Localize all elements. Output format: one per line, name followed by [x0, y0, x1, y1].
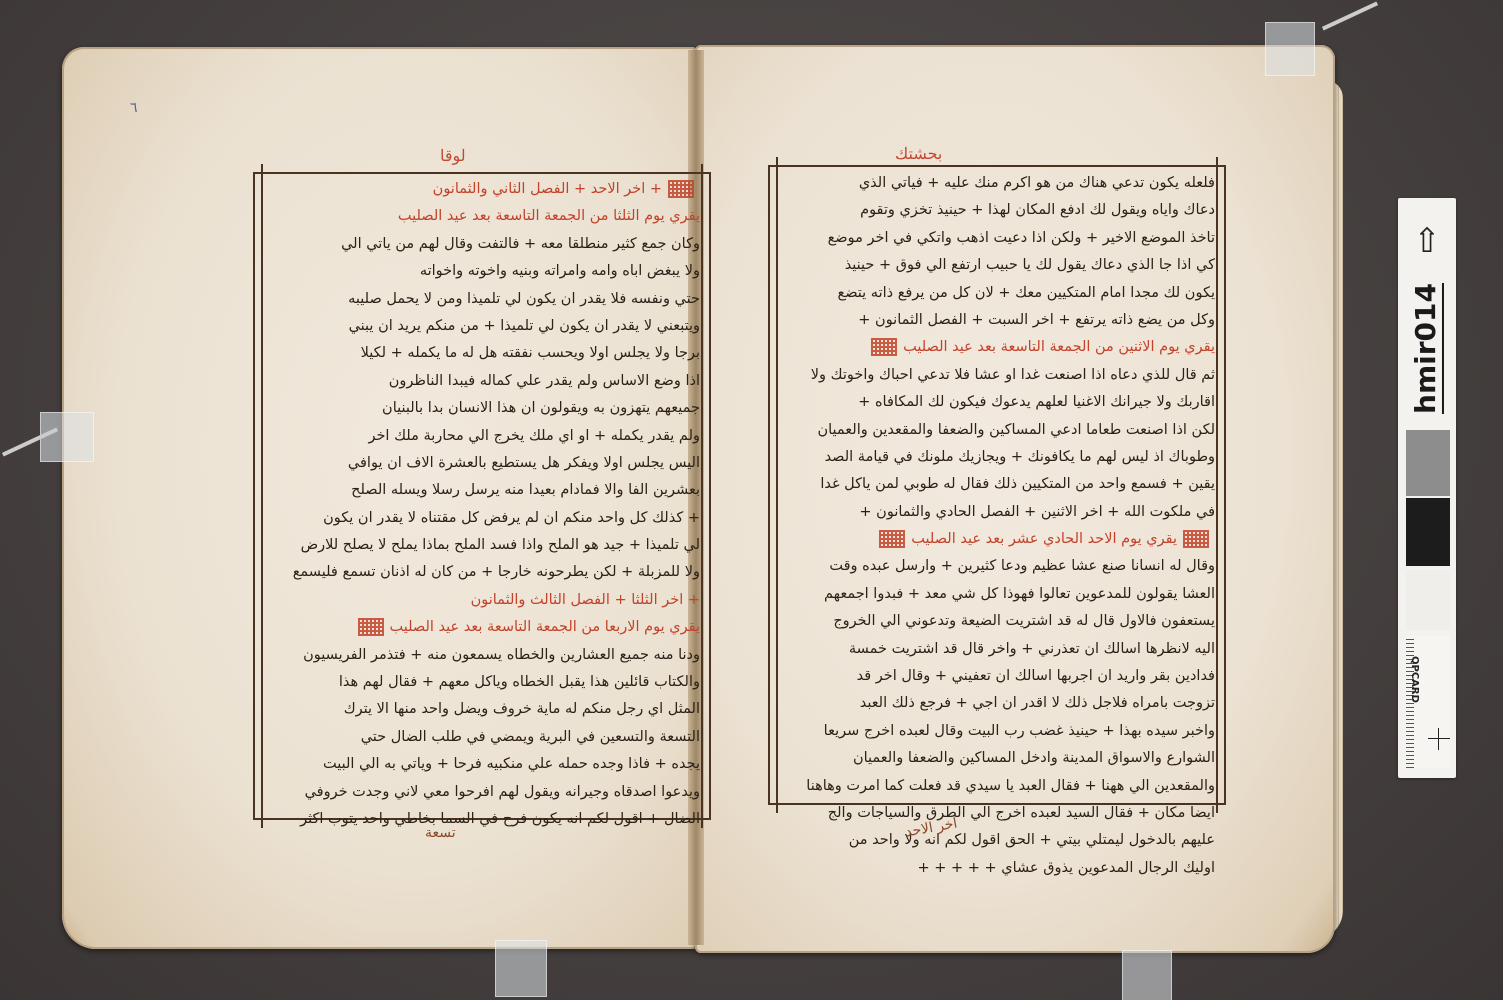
manuscript-line: برجا ولا يجلس اولا ويحسب نفقته هل له ما … [265, 340, 700, 367]
line-text: وقال له انسانا صنع عشا عظيم ودعا كثيرين … [829, 558, 1215, 574]
line-text: تزوجت بامراه فلاجل ذلك لا اقدر ان اجي + … [860, 695, 1215, 711]
line-text: يقري يوم الاحد الحادي عشر بعد عيد الصليب [911, 531, 1177, 547]
line-text: وطوباك اذ ليس لهم ما يكافونك + ويجازيك م… [825, 449, 1215, 465]
line-text: يجده + فاذا وجده حمله علي منكبيه فرحا + … [323, 756, 700, 772]
up-arrow-icon: ⇧ [1406, 220, 1448, 262]
line-text: + اخر الاحد + الفصل الثاني والثمانون [433, 181, 662, 197]
shelfmark-label: hmir014 [1404, 278, 1448, 418]
line-text: لكن اذا اصنعت طعاما ادعي المساكين والضعف… [817, 422, 1215, 438]
manuscript-line: يستعفون فالاول قال له قد اشتريت الضيعة و… [780, 608, 1215, 635]
line-text: ولا يبغض اباه وامه وامراته وبنيه واخوته … [420, 263, 700, 279]
manuscript-line: فدادين بقر واريد ان اجربها اسالك ان تعفي… [780, 663, 1215, 690]
tape-strip [1122, 950, 1172, 1000]
line-text: دعاك واياه ويقول لك ادفع المكان لهذا + ح… [860, 202, 1215, 218]
manuscript-line: + كذلك كل واحد منكم ان لم يرفض كل مقتناه… [265, 505, 700, 532]
line-text: يستعفون فالاول قال له قد اشتريت الضيعة و… [833, 613, 1215, 629]
line-text: يقري يوم الثلثا من الجمعة التاسعة بعد عي… [398, 208, 700, 224]
line-text: ثم قال للذي دعاه اذا اصنعت غدا او عشا فل… [811, 367, 1215, 383]
line-text: في ملكوت الله + اخر الاثنين + الفصل الحا… [859, 504, 1215, 520]
line-text: ويتبعني لا يقدر ان يكون لي تلميذا + من م… [349, 318, 700, 334]
white-swatch [1406, 570, 1450, 630]
line-text: والكتاب قائلين هذا يقبل الخطاه وياكل معه… [339, 674, 700, 690]
folio-pencil-mark: ٦ [130, 100, 138, 116]
right-running-head: بحشتك [895, 144, 942, 163]
black-swatch [1406, 498, 1450, 566]
manuscript-line: اوليك الرجال المدعوين يذوق عشاي + + + + … [780, 855, 1215, 882]
line-text: وكل من يضع ذاته يرتفع + اخر السبت + الفص… [858, 312, 1215, 328]
manuscript-line: يقري يوم الاثنين من الجمعة التاسعة بعد ع… [780, 334, 1215, 361]
manuscript-line: ثم قال للذي دعاه اذا اصنعت غدا او عشا فل… [780, 362, 1215, 389]
manuscript-line: وطوباك اذ ليس لهم ما يكافونك + ويجازيك م… [780, 444, 1215, 471]
manuscript-line: عليهم بالدخول ليمتلي بيتي + الحق اقول لك… [780, 827, 1215, 854]
manuscript-line: يقري يوم الاربعا من الجمعة التاسعة بعد ع… [265, 614, 700, 641]
manuscript-line: اقاربك ولا جيرانك الاغنيا لعلهم يدعوك في… [780, 389, 1215, 416]
manuscript-line: ولا للمزبلة + لكن يطرحونه خارجا + من كان… [265, 559, 700, 586]
manuscript-line: لكن اذا اصنعت طعاما ادعي المساكين والضعف… [780, 417, 1215, 444]
line-text: + اخر الثلثا + الفصل الثالث والثمانون [471, 592, 700, 608]
line-text: برجا ولا يجلس اولا ويحسب نفقته هل له ما … [361, 345, 700, 361]
right-text-block: فلعله يكون تدعي هناك من هو اكرم منك عليه… [780, 170, 1215, 882]
ornament-icon [879, 530, 905, 548]
crosshair-icon [1428, 728, 1450, 750]
ornament-icon [871, 338, 897, 356]
manuscript-line: في ملكوت الله + اخر الاثنين + الفصل الحا… [780, 499, 1215, 526]
manuscript-line: يكون لك مجدا امام المتكيين معك + لان كل … [780, 280, 1215, 307]
line-text: ولا للمزبلة + لكن يطرحونه خارجا + من كان… [293, 564, 700, 580]
manuscript-line: + اخر الثلثا + الفصل الثالث والثمانون [265, 587, 700, 614]
grey-swatch [1406, 430, 1450, 496]
manuscript-line: ولم يقدر يكمله + او اي ملك يخرج الي محار… [265, 423, 700, 450]
line-text: حتي ونفسه فلا يقدر ان يكون لي تلميذا ومن… [348, 291, 700, 307]
line-text: فلعله يكون تدعي هناك من هو اكرم منك عليه… [859, 175, 1215, 191]
line-text: الشوارع والاسواق المدينة وادخل المساكين … [853, 750, 1215, 766]
manuscript-line: فلعله يكون تدعي هناك من هو اكرم منك عليه… [780, 170, 1215, 197]
manuscript-line: الشوارع والاسواق المدينة وادخل المساكين … [780, 745, 1215, 772]
ornament-icon [668, 180, 694, 198]
manuscript-line: ودنا منه جميع العشارين والخطاه يسمعون من… [265, 642, 700, 669]
line-text: الضال + اقول لكم انه يكون فرح في السما ب… [300, 811, 700, 827]
line-text: ويدعوا اصدقاه وجيرانه ويقول لهم افرحوا م… [305, 784, 700, 800]
line-text: عليهم بالدخول ليمتلي بيتي + الحق اقول لك… [849, 832, 1215, 848]
manuscript-line: والكتاب قائلين هذا يقبل الخطاه وياكل معه… [265, 669, 700, 696]
manuscript-line: ويتبعني لا يقدر ان يكون لي تلميذا + من م… [265, 313, 700, 340]
tape-strip [1265, 22, 1315, 76]
manuscript-line: ويدعوا اصدقاه وجيرانه ويقول لهم افرحوا م… [265, 779, 700, 806]
manuscript-line: + اخر الاحد + الفصل الثاني والثمانون [265, 176, 700, 203]
manuscript-line: العشا يقولون للمدعوين تعالوا فهوذا كل شي… [780, 581, 1215, 608]
line-text: العشا يقولون للمدعوين تعالوا فهوذا كل شي… [824, 586, 1215, 602]
color-target-card: ⇧ hmir014 QPCARD [1398, 198, 1456, 778]
line-text: ودنا منه جميع العشارين والخطاه يسمعون من… [303, 647, 700, 663]
ornament-icon [358, 618, 384, 636]
scale-ruler: QPCARD [1406, 636, 1450, 768]
line-text: كي اذا جا الذي دعاك يقول لك يا حبيب ارتف… [845, 257, 1215, 273]
qpcard-logo: QPCARD [1409, 656, 1420, 703]
manuscript-line: يقين + فسمع واحد من المتكيين ذلك فقال له… [780, 471, 1215, 498]
line-text: اوليك الرجال المدعوين يذوق عشاي + + + + … [917, 860, 1215, 876]
left-catchword: تسعة [425, 825, 456, 841]
manuscript-line: وكل من يضع ذاته يرتفع + اخر السبت + الفص… [780, 307, 1215, 334]
manuscript-line: ايضا مكان + فقال السيد لعبده اخرج الي ال… [780, 800, 1215, 827]
line-text: ولم يقدر يكمله + او اي ملك يخرج الي محار… [368, 428, 700, 444]
line-text: يقين + فسمع واحد من المتكيين ذلك فقال له… [820, 476, 1215, 492]
manuscript-line: الضال + اقول لكم انه يكون فرح في السما ب… [265, 806, 700, 833]
line-text: يكون لك مجدا امام المتكيين معك + لان كل … [837, 285, 1215, 301]
line-text: يقري يوم الاثنين من الجمعة التاسعة بعد ع… [903, 339, 1215, 355]
left-text-block: + اخر الاحد + الفصل الثاني والثمانونيقري… [265, 176, 700, 833]
ornament-icon [1183, 530, 1209, 548]
line-text: اليس يجلس اولا ويفكر هل يستطيع بالعشرة ا… [348, 455, 700, 471]
line-text: والمقعدين الي ههنا + فقال العبد يا سيدي … [806, 778, 1215, 794]
manuscript-line: كي اذا جا الذي دعاك يقول لك يا حبيب ارتف… [780, 252, 1215, 279]
left-running-head: لوقا [440, 146, 466, 165]
manuscript-line: دعاك واياه ويقول لك ادفع المكان لهذا + ح… [780, 197, 1215, 224]
line-text: واخبر سيده بهذا + حينيذ غضب رب البيت وقا… [824, 723, 1215, 739]
manuscript-line: المثل اي رجل منكم له ماية خروف ويضل واحد… [265, 696, 700, 723]
tape-strip [40, 412, 94, 462]
line-text: المثل اي رجل منكم له ماية خروف ويضل واحد… [344, 701, 700, 717]
line-text: بعشرين الفا والا فمادام بعيدا منه يرسل ر… [351, 482, 700, 498]
line-text: ايضا مكان + فقال السيد لعبده اخرج الي ال… [828, 805, 1215, 821]
manuscript-line: وكان جمع كثير منطلقا معه + فالتفت وقال ل… [265, 231, 700, 258]
manuscript-line: يجده + فاذا وجده حمله علي منكبيه فرحا + … [265, 751, 700, 778]
line-text: لي تلميذا + جيد هو الملح واذا فسد الملح … [301, 537, 700, 553]
line-text: + كذلك كل واحد منكم ان لم يرفض كل مقتناه… [323, 510, 700, 526]
line-text: اليه لانظرها اسالك ان تعذرني + واخر قال … [849, 641, 1215, 657]
manuscript-line: اليه لانظرها اسالك ان تعذرني + واخر قال … [780, 636, 1215, 663]
line-text: اقاربك ولا جيرانك الاغنيا لعلهم يدعوك في… [858, 394, 1215, 410]
manuscript-line: التسعة والتسعين في البرية ويمضي في طلب ا… [265, 724, 700, 751]
line-text: التسعة والتسعين في البرية ويمضي في طلب ا… [361, 729, 700, 745]
manuscript-line: حتي ونفسه فلا يقدر ان يكون لي تلميذا ومن… [265, 286, 700, 313]
manuscript-line: بعشرين الفا والا فمادام بعيدا منه يرسل ر… [265, 477, 700, 504]
manuscript-line: تاخذ الموضع الاخير + ولكن اذا دعيت اذهب … [780, 225, 1215, 252]
line-text: اذا وضع الاساس ولم يقدر علي كماله فيبدا … [389, 373, 700, 389]
manuscript-line: اليس يجلس اولا ويفكر هل يستطيع بالعشرة ا… [265, 450, 700, 477]
manuscript-line: اذا وضع الاساس ولم يقدر علي كماله فيبدا … [265, 368, 700, 395]
manuscript-line: جميعهم يتهزون به ويقولون ان هذا الانسان … [265, 395, 700, 422]
manuscript-line: يقري يوم الاحد الحادي عشر بعد عيد الصليب [780, 526, 1215, 553]
manuscript-line: لي تلميذا + جيد هو الملح واذا فسد الملح … [265, 532, 700, 559]
line-text: وكان جمع كثير منطلقا معه + فالتفت وقال ل… [341, 236, 700, 252]
tape-strip [495, 940, 547, 997]
manuscript-line: يقري يوم الثلثا من الجمعة التاسعة بعد عي… [265, 203, 700, 230]
manuscript-line: ولا يبغض اباه وامه وامراته وبنيه واخوته … [265, 258, 700, 285]
line-text: يقري يوم الاربعا من الجمعة التاسعة بعد ع… [390, 619, 700, 635]
manuscript-line: والمقعدين الي ههنا + فقال العبد يا سيدي … [780, 773, 1215, 800]
line-text: فدادين بقر واريد ان اجربها اسالك ان تعفي… [857, 668, 1215, 684]
line-text: جميعهم يتهزون به ويقولون ان هذا الانسان … [382, 400, 700, 416]
line-text: تاخذ الموضع الاخير + ولكن اذا دعيت اذهب … [828, 230, 1215, 246]
manuscript-line: واخبر سيده بهذا + حينيذ غضب رب البيت وقا… [780, 718, 1215, 745]
manuscript-line: تزوجت بامراه فلاجل ذلك لا اقدر ان اجي + … [780, 690, 1215, 717]
manuscript-line: وقال له انسانا صنع عشا عظيم ودعا كثيرين … [780, 553, 1215, 580]
